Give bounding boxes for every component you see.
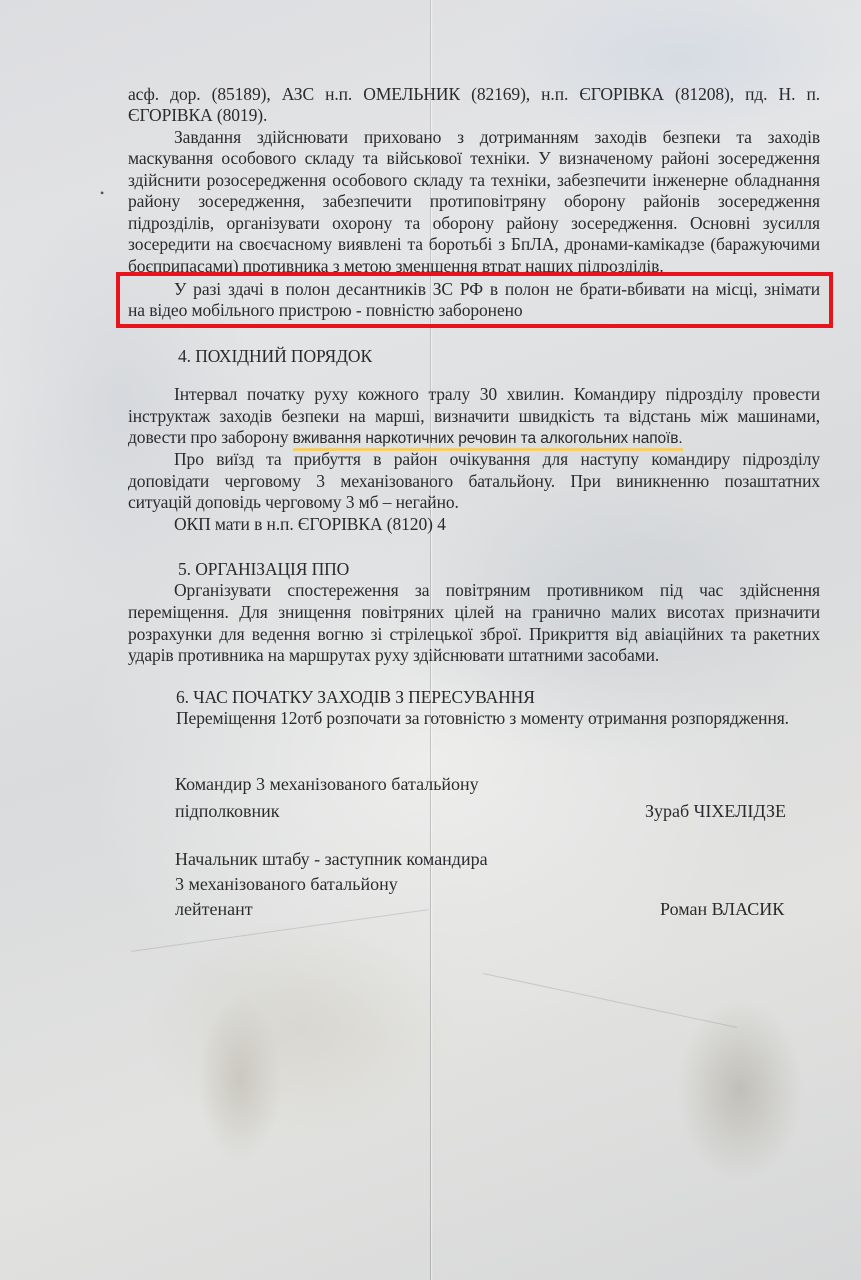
signature-title: 3 механізованого батальйону <box>175 873 398 895</box>
signature-name: Зураб ЧІХЕЛІДЗЕ <box>645 800 786 822</box>
signature-title: Командир 3 механізованого батальйону <box>175 773 479 795</box>
section-4-text: довести про заборону <box>128 427 293 447</box>
signature-rank: лейтенант <box>175 898 253 920</box>
highlighted-line: на відео мобільного пристрою - повністю … <box>128 300 820 321</box>
section-4-line: Про виїзд та прибуття в район очікування… <box>128 449 820 470</box>
task-paragraph-line: району зосередження, забезпечити протипо… <box>128 191 820 212</box>
section-5-line: Організувати спостереження за повітряним… <box>128 580 820 601</box>
highlighted-line: У разі здачі в полон десантників ЗС РФ в… <box>128 279 820 300</box>
section-6-heading: 6. ЧАС ПОЧАТКУ ЗАХОДІВ З ПЕРЕСУВАННЯ <box>176 687 535 708</box>
section-5-heading: 5. ОРГАНІЗАЦІЯ ППО <box>178 559 349 580</box>
underlined-text: вживання наркотичних речовин та алкоголь… <box>293 430 683 451</box>
section-5-line: переміщення. Для знищення повітряних ціл… <box>128 602 820 623</box>
intro-line: асф. дор. (85189), АЗС н.п. ОМЕЛЬНИК (82… <box>128 84 820 105</box>
section-6-line: Переміщення 12отб розпочати за готовніст… <box>176 708 789 729</box>
section-4-line: доповідати черговому 3 механізованого ба… <box>128 471 820 492</box>
intro-line: ЄГОРІВКА (8019). <box>128 105 820 126</box>
signature-rank: підполковник <box>175 800 280 822</box>
section-4-heading: 4. ПОХІДНИЙ ПОРЯДОК <box>178 346 372 367</box>
section-4-line: інструктаж заходів безпеки на марші, виз… <box>128 406 820 427</box>
task-paragraph-line: зосередити на своєчасному виявлені та бо… <box>128 234 820 255</box>
paper-crease <box>483 973 738 1028</box>
section-4-line: довести про заборону вживання наркотични… <box>128 427 820 449</box>
pen-mark: • <box>100 186 104 201</box>
section-5-line: розрахунки для ведення вогню зі стрілець… <box>128 624 820 645</box>
task-paragraph-line: здійснити розосередження особового склад… <box>128 170 820 191</box>
task-paragraph-line: підрозділів, організувати охорону та обо… <box>128 213 820 234</box>
section-4-line: ситуацій доповідь черговому 3 мб – негай… <box>128 492 820 513</box>
signature-title: Начальник штабу - заступник командира <box>175 848 488 870</box>
section-5-line: ударів противника на маршрутах руху здій… <box>128 645 820 666</box>
task-paragraph-line: маскування особового складу та військово… <box>128 148 820 169</box>
signature-name: Роман ВЛАСИК <box>660 898 784 920</box>
task-paragraph-line: Завдання здійснювати приховано з дотрима… <box>128 127 820 148</box>
section-4-line: Інтервал початку руху кожного тралу 30 х… <box>128 384 820 405</box>
okp-line: ОКП мати в н.п. ЄГОРІВКА (8120) 4 <box>128 514 820 535</box>
